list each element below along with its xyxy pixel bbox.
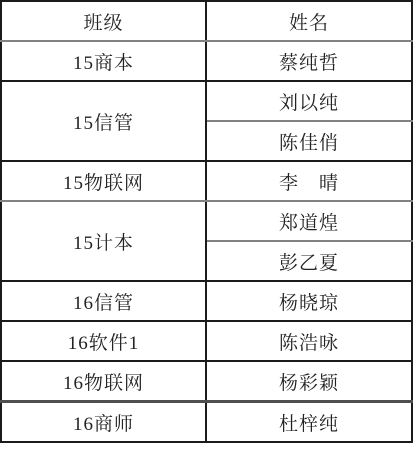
name-cell: 杜梓纯 xyxy=(206,402,412,443)
name-cell: 李 晴 xyxy=(206,161,412,201)
class-name-table: 班级 姓名 15商本 蔡纯哲 15信管 刘以纯 陈佳俏 15物联网 李 晴 15… xyxy=(0,0,413,443)
class-cell: 16信管 xyxy=(1,281,206,321)
class-cell: 16物联网 xyxy=(1,361,206,402)
table-row: 15商本 蔡纯哲 xyxy=(1,41,412,81)
header-class: 班级 xyxy=(1,1,206,41)
table-row: 15信管 刘以纯 xyxy=(1,81,412,121)
name-cell: 陈浩咏 xyxy=(206,321,412,361)
table-row: 15物联网 李 晴 xyxy=(1,161,412,201)
page: 班级 姓名 15商本 蔡纯哲 15信管 刘以纯 陈佳俏 15物联网 李 晴 15… xyxy=(0,0,416,449)
class-cell: 15物联网 xyxy=(1,161,206,201)
name-cell: 蔡纯哲 xyxy=(206,41,412,81)
header-name: 姓名 xyxy=(206,1,412,41)
class-cell: 15商本 xyxy=(1,41,206,81)
class-cell: 16软件1 xyxy=(1,321,206,361)
name-cell: 彭乙夏 xyxy=(206,241,412,281)
header-row: 班级 姓名 xyxy=(1,1,412,41)
table-row: 16信管 杨晓琼 xyxy=(1,281,412,321)
name-cell: 杨彩颖 xyxy=(206,361,412,402)
name-cell: 陈佳俏 xyxy=(206,121,412,161)
name-cell: 刘以纯 xyxy=(206,81,412,121)
name-cell: 杨晓琼 xyxy=(206,281,412,321)
table-row: 15计本 郑道煌 xyxy=(1,201,412,241)
table-row: 16商师 杜梓纯 xyxy=(1,402,412,443)
class-cell: 15信管 xyxy=(1,81,206,161)
name-cell: 郑道煌 xyxy=(206,201,412,241)
table-row: 16物联网 杨彩颖 xyxy=(1,361,412,402)
class-cell: 16商师 xyxy=(1,402,206,443)
table-row: 16软件1 陈浩咏 xyxy=(1,321,412,361)
class-cell: 15计本 xyxy=(1,201,206,281)
